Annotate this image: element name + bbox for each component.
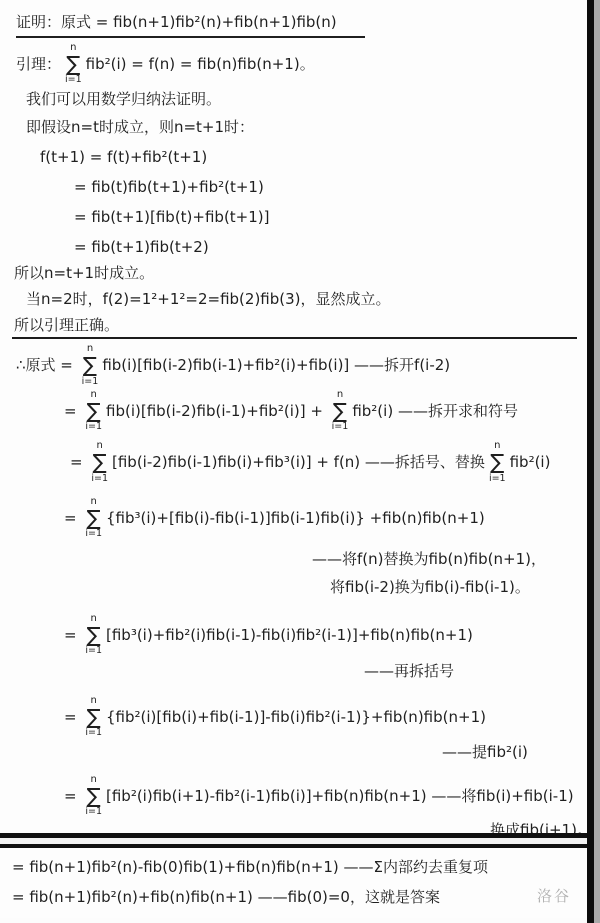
- proof-line: = n∑i=1[fib²(i)fib(i+1)-fib²(i-1)fib(i)]…: [64, 774, 583, 817]
- formula-text: = fib(n+1)fib²(n)-fib(0)fib(1)+fib(n)fib…: [12, 855, 488, 879]
- summation-symbol: n∑i=1: [85, 613, 102, 656]
- proof-line: = n∑i=1{fib³(i)+[fib(i)-fib(i-1)]fib(i-1…: [64, 496, 583, 539]
- summation-symbol: n∑i=1: [91, 440, 108, 483]
- formula-text: ——将f(n)替换为fib(n)fib(n+1)，: [312, 547, 546, 571]
- formula-text: =: [64, 623, 81, 647]
- proof-line: = n∑i=1{fib²(i)[fib(i)+fib(i-1)]-fib(i)f…: [64, 695, 583, 738]
- summation-symbol: n∑i=1: [85, 695, 102, 738]
- formula-text: 换成fib(i+1)。: [490, 818, 587, 838]
- formula-text: [fib³(i)+fib²(i)fib(i-1)-fib(i)fib²(i-1)…: [106, 623, 473, 647]
- formula-text: 将fib(i-2)换为fib(i)-fib(i-1)。: [330, 575, 530, 599]
- proof-line: ∴原式 = n∑i=1fib(i)[fib(i-2)fib(i-1)+fib²(…: [16, 343, 583, 386]
- proof-line: 换成fib(i+1)。: [490, 818, 583, 838]
- formula-text: = fib(n+1)fib²(n)+fib(n)fib(n+1) ——fib(0…: [12, 885, 440, 909]
- summation-symbol: n∑i=1: [65, 42, 82, 85]
- section-divider-rule: [12, 337, 577, 339]
- formula-text: [fib(i-2)fib(i-1)fib(i)+fib³(i)] + f(n) …: [112, 450, 485, 474]
- formula-text: =: [64, 399, 81, 423]
- formula-text: 证明：原式 = fib(n+1)fib²(n)+fib(n+1)fib(n): [16, 10, 337, 34]
- proof-line: 当n=2时，f(2)=1²+1²=2=fib(2)fib(3)，显然成立。: [26, 287, 583, 311]
- proof-line: = fib(t+1)fib(t+2): [74, 235, 583, 259]
- formula-text: [fib²(i)fib(i+1)-fib²(i-1)fib(i)]+fib(n)…: [106, 784, 574, 808]
- formula-text: =: [64, 705, 81, 729]
- luogu-watermark: 洛谷: [537, 885, 571, 906]
- summation-symbol: n∑i=1: [85, 774, 102, 817]
- proof-line: 将fib(i-2)换为fib(i)-fib(i-1)。: [330, 575, 583, 599]
- formula-text: fib²(i) = f(n) = fib(n)fib(n+1)。: [86, 52, 315, 76]
- formula-text: 引理：: [16, 52, 61, 76]
- handwritten-proof-scan: { "colors": { "ink": "#1f1f1f", "paper":…: [0, 0, 600, 923]
- formula-text: 所以引理正确。: [14, 313, 119, 337]
- proof-line: ——提fib²(i): [442, 740, 583, 764]
- proof-line: 引理：n∑i=1fib²(i) = f(n) = fib(n)fib(n+1)。: [16, 42, 583, 85]
- proof-line: = n∑i=1[fib³(i)+fib²(i)fib(i-1)-fib(i)fi…: [64, 613, 583, 656]
- formula-text: fib²(i) ——拆开求和符号: [352, 399, 518, 423]
- proof-line: ——再拆括号: [364, 659, 583, 683]
- formula-text: fib(i)[fib(i-2)fib(i-1)+fib²(i)+fib(i)] …: [102, 353, 450, 377]
- proof-line: 证明：原式 = fib(n+1)fib²(n)+fib(n+1)fib(n): [16, 10, 365, 38]
- formula-text: = fib(t)fib(t+1)+fib²(t+1): [74, 175, 264, 199]
- formula-text: fib²(i): [510, 450, 551, 474]
- footer-result-panel: 洛谷 = fib(n+1)fib²(n)-fib(0)fib(1)+fib(n)…: [0, 844, 587, 918]
- summation-symbol: n∑i=1: [332, 389, 349, 432]
- proof-line: = n∑i=1fib(i)[fib(i-2)fib(i-1)+fib²(i)] …: [64, 389, 583, 432]
- scan-right-edge: [594, 0, 600, 923]
- main-proof-panel: 证明：原式 = fib(n+1)fib²(n)+fib(n+1)fib(n)引理…: [0, 0, 587, 838]
- formula-text: 当n=2时，f(2)=1²+1²=2=fib(2)fib(3)，显然成立。: [26, 287, 391, 311]
- formula-text: {fib³(i)+[fib(i)-fib(i-1)]fib(i-1)fib(i)…: [106, 506, 485, 530]
- summation-symbol: n∑i=1: [489, 440, 506, 483]
- formula-text: = fib(t+1)[fib(t)+fib(t+1)]: [74, 205, 270, 229]
- formula-text: ——提fib²(i): [442, 740, 528, 764]
- summation-symbol: n∑i=1: [85, 389, 102, 432]
- formula-text: =: [64, 506, 81, 530]
- formula-text: f(t+1) = f(t)+fib²(t+1): [40, 145, 207, 169]
- formula-text: 即假设n=t时成立，则n=t+1时：: [26, 115, 254, 139]
- formula-text: ——再拆括号: [364, 659, 454, 683]
- proof-line: 所以引理正确。: [14, 313, 583, 337]
- formula-text: {fib²(i)[fib(i)+fib(i-1)]-fib(i)fib²(i-1…: [106, 705, 486, 729]
- proof-line: = fib(t+1)[fib(t)+fib(t+1)]: [74, 205, 583, 229]
- proof-line: = fib(n+1)fib²(n)+fib(n)fib(n+1) ——fib(0…: [12, 885, 583, 909]
- proof-line: ——将f(n)替换为fib(n)fib(n+1)，: [312, 547, 583, 571]
- formula-text: =: [70, 450, 87, 474]
- proof-line: 即假设n=t时成立，则n=t+1时：: [26, 115, 583, 139]
- proof-line: 所以n=t+1时成立。: [14, 261, 583, 285]
- proof-line: = fib(n+1)fib²(n)-fib(0)fib(1)+fib(n)fib…: [12, 855, 583, 879]
- proof-line: f(t+1) = f(t)+fib²(t+1): [40, 145, 583, 169]
- formula-text: =: [64, 784, 81, 808]
- summation-symbol: n∑i=1: [85, 496, 102, 539]
- proof-line: = n∑i=1[fib(i-2)fib(i-1)fib(i)+fib³(i)] …: [70, 440, 583, 483]
- summation-symbol: n∑i=1: [82, 343, 99, 386]
- formula-text: fib(i)[fib(i-2)fib(i-1)+fib²(i)] +: [106, 399, 328, 423]
- proof-line: 我们可以用数学归纳法证明。: [26, 87, 583, 111]
- formula-text: 所以n=t+1时成立。: [14, 261, 154, 285]
- proof-line: = fib(t)fib(t+1)+fib²(t+1): [74, 175, 583, 199]
- formula-text: 我们可以用数学归纳法证明。: [26, 87, 221, 111]
- formula-text: = fib(t+1)fib(t+2): [74, 235, 209, 259]
- scan-right-border: [587, 0, 594, 923]
- formula-text: ∴原式 =: [16, 353, 78, 377]
